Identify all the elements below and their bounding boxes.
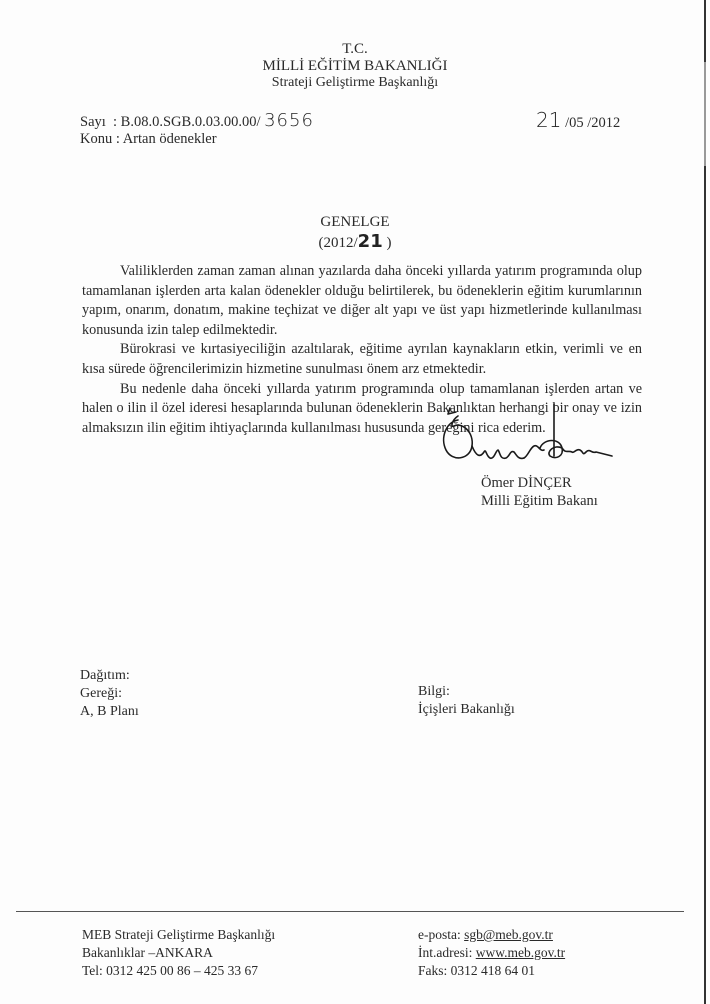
signatory-title: Milli Eğitim Bakanı bbox=[481, 492, 598, 511]
circular-number-prefix: (2012/ bbox=[319, 235, 358, 251]
footer-email-line: e-posta: sgb@meb.gov.tr bbox=[418, 926, 565, 944]
footer-email-label: e-posta: bbox=[418, 927, 464, 942]
distribution-gereği-label: Gereği: bbox=[80, 684, 122, 703]
header-tc: T.C. bbox=[0, 41, 710, 58]
footer-web-link[interactable]: www.meb.gov.tr bbox=[476, 945, 565, 960]
handwritten-signature-icon bbox=[436, 400, 616, 475]
distribution-bilgi-label: Bilgi: bbox=[418, 682, 450, 701]
footer-contact: e-posta: sgb@meb.gov.tr İnt.adresi: www.… bbox=[418, 926, 565, 980]
sayi-handwritten-number: 3656 bbox=[264, 110, 314, 131]
header-department: Strateji Geliştirme Başkanlığı bbox=[0, 75, 710, 91]
header-ministry: MİLLİ EĞİTİM BAKANLIĞI bbox=[0, 58, 710, 75]
date-handwritten-day: 21 bbox=[536, 108, 561, 132]
sayi-value: : B.08.0.SGB.0.03.00.00/ bbox=[113, 114, 260, 130]
konu-label: Konu bbox=[80, 131, 112, 147]
body-paragraph: Bürokrasi ve kırtasiyeciliğin azaltılara… bbox=[82, 340, 642, 379]
footer-divider bbox=[16, 911, 684, 912]
footer-fax: Faks: 0312 418 64 01 bbox=[418, 962, 565, 980]
distribution-gereği-value: A, B Planı bbox=[80, 702, 139, 721]
footer-address: MEB Strateji Geliştirme Başkanlığı Bakan… bbox=[82, 926, 275, 980]
footer-phone: Tel: 0312 425 00 86 – 425 33 67 bbox=[82, 962, 275, 980]
sayi-label: Sayı bbox=[80, 114, 106, 130]
document-date: 21 /05 /2012 bbox=[536, 108, 620, 132]
distribution-label: Dağıtım: bbox=[80, 666, 130, 685]
konu-value: : Artan ödenekler bbox=[116, 131, 217, 147]
distribution-bilgi-value: İçişleri Bakanlığı bbox=[418, 700, 515, 719]
body-paragraph: Valiliklerden zaman zaman alınan yazılar… bbox=[82, 262, 642, 340]
footer-web-line: İnt.adresi: www.meb.gov.tr bbox=[418, 944, 565, 962]
footer-city: Bakanlıklar –ANKARA bbox=[82, 944, 275, 962]
footer-web-label: İnt.adresi: bbox=[418, 945, 476, 960]
signatory-name: Ömer DİNÇER bbox=[481, 474, 572, 493]
scan-edge-line bbox=[704, 0, 706, 1004]
document-heading: GENELGE bbox=[0, 214, 710, 231]
circular-number-handwritten: 21 bbox=[358, 231, 383, 252]
circular-number-suffix: ) bbox=[383, 235, 392, 251]
sayi-line: Sayı : B.08.0.SGB.0.03.00.00/ 3656 bbox=[80, 111, 314, 132]
footer-email-link[interactable]: sgb@meb.gov.tr bbox=[464, 927, 553, 942]
date-printed: /05 /2012 bbox=[565, 115, 620, 131]
konu-line: Konu : Artan ödenekler bbox=[80, 130, 217, 149]
circular-number: (2012/21 ) bbox=[0, 231, 710, 252]
footer-department: MEB Strateji Geliştirme Başkanlığı bbox=[82, 926, 275, 944]
